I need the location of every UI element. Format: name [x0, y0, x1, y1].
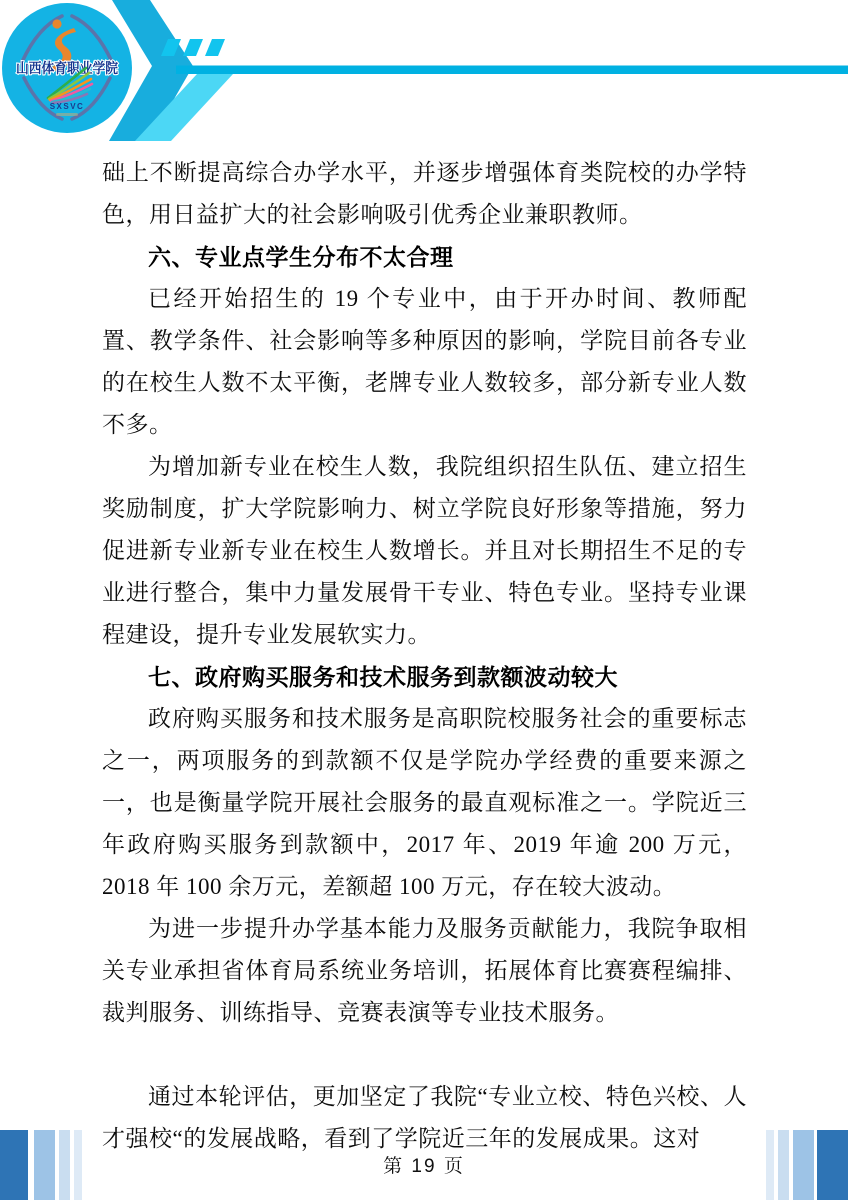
section-heading: 六、专业点学生分布不太合理 [102, 236, 747, 278]
logo-institution-name: 山西体育职业学院 [16, 60, 118, 76]
document-body: 础上不断提高综合办学水平，并逐步增强体育类院校的办学特色，用日益扩大的社会影响吸… [102, 152, 747, 1160]
logo-motto-faint [56, 113, 78, 116]
body-paragraph: 政府购买服务和技术服务是高职院校服务社会的重要标志之一，两项服务的到款额不仅是学… [102, 698, 747, 908]
footer-stripe [0, 1130, 28, 1200]
section-heading: 七、政府购买服务和技术服务到款额波动较大 [102, 656, 747, 698]
body-paragraph: 为增加新专业在校生人数，我院组织招生队伍、建立招生奖励制度，扩大学院影响力、树立… [102, 446, 747, 656]
header-rule [176, 66, 848, 75]
footer-stripes-right [728, 1130, 848, 1200]
body-paragraph: 为进一步提升办学基本能力及服务贡献能力，我院争取相关专业承担省体育局系统业务培训… [102, 908, 747, 1034]
footer-stripe [34, 1130, 55, 1200]
header-decoration: 山西体育职业学院 SXSVC [0, 0, 848, 145]
logo-abbreviation: SXSVC [50, 102, 85, 111]
footer-stripe [817, 1130, 848, 1200]
page-number: 第 19 页 [0, 1151, 848, 1178]
footer-stripe [59, 1130, 70, 1200]
footer-stripe [74, 1130, 82, 1200]
college-logo: 山西体育职业学院 SXSVC [2, 3, 132, 133]
document-page: 山西体育职业学院 SXSVC 础上不断提高综合办学水平，并逐步增强体育类院校的办… [0, 0, 848, 1200]
footer-stripe [793, 1130, 814, 1200]
footer-stripe [778, 1130, 789, 1200]
body-paragraph: 已经开始招生的 19 个专业中，由于开办时间、教师配置、教学条件、社会影响等多种… [102, 278, 747, 446]
body-paragraph: 通过本轮评估，更加坚定了我院“专业立校、特色兴校、人才强校“的发展战略，看到了学… [102, 1076, 747, 1160]
footer-stripes-left [0, 1130, 120, 1200]
dash-icon [183, 39, 203, 56]
dash-icon [205, 39, 225, 56]
body-paragraph: 础上不断提高综合办学水平，并逐步增强体育类院校的办学特色，用日益扩大的社会影响吸… [102, 152, 747, 236]
footer-stripe [766, 1130, 774, 1200]
